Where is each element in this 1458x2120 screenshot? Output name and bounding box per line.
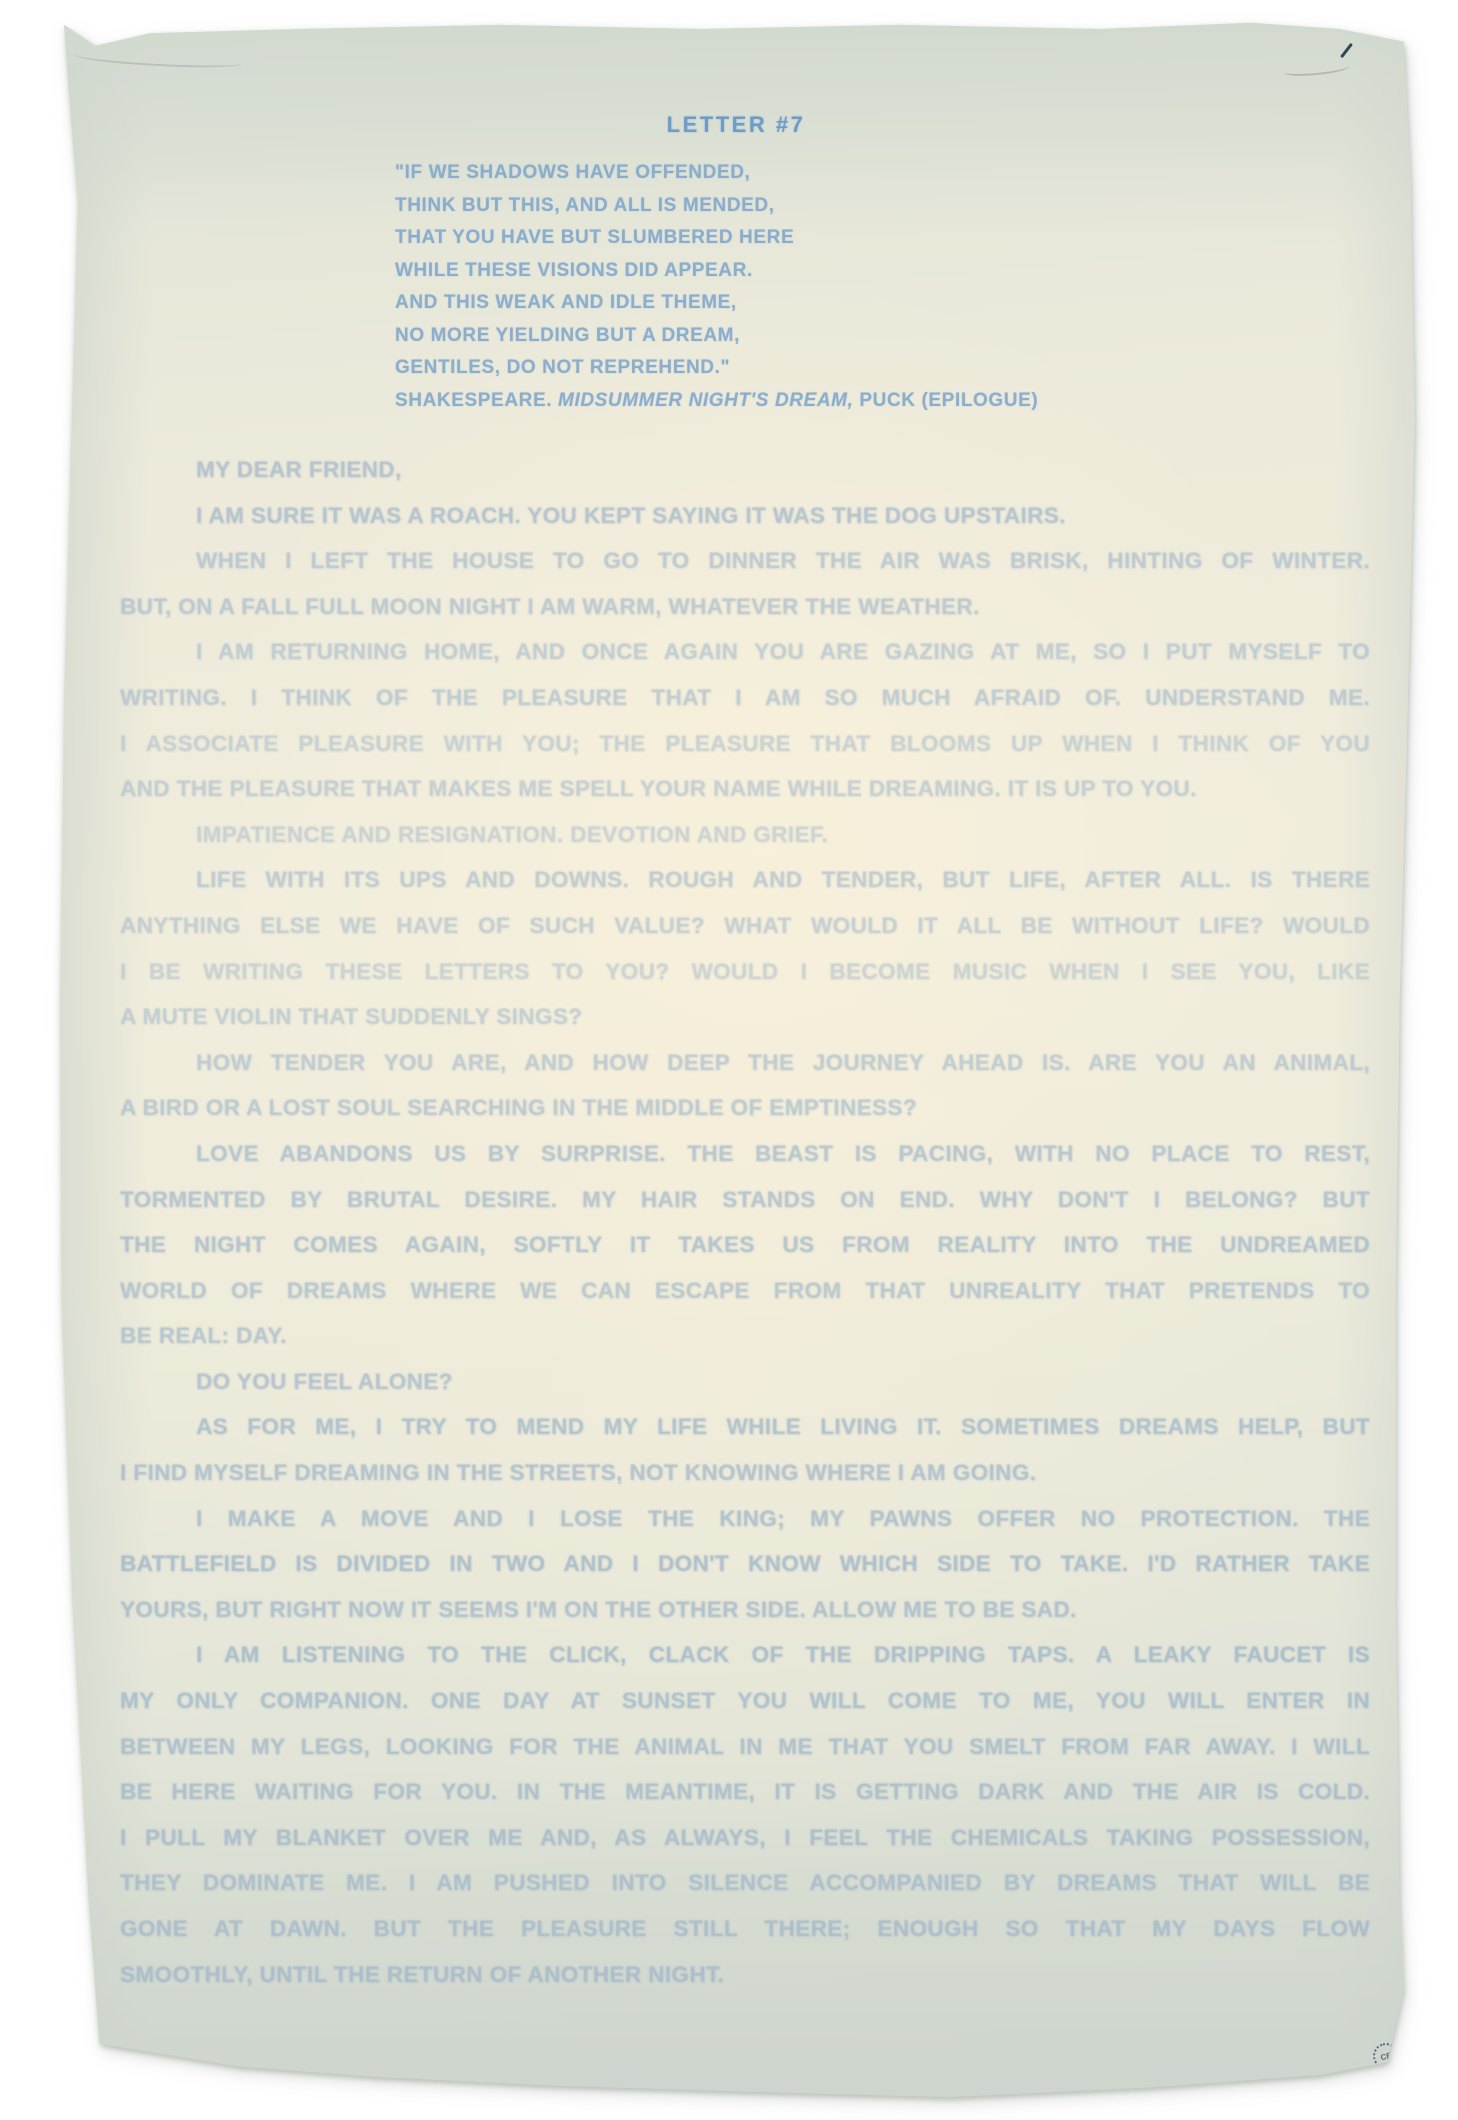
letter-line: DO YOU FEEL ALONE? <box>120 1359 1370 1405</box>
letter-line: AND THE PLEASURE THAT MAKES ME SPELL YOU… <box>120 766 1370 812</box>
letter-line: A MUTE VIOLIN THAT SUDDENLY SINGS? <box>120 994 1370 1040</box>
letter-line: I BE WRITING THESE LETTERS TO YOU? WOULD… <box>120 949 1370 995</box>
letter-line: SMOOTHLY, UNTIL THE RETURN OF ANOTHER NI… <box>120 1952 1370 1998</box>
letter-line: I AM SURE IT WAS A ROACH. YOU KEPT SAYIN… <box>120 493 1370 539</box>
epigraph-quote-lines: "IF WE SHADOWS HAVE OFFENDED,THINK BUT T… <box>395 157 1175 385</box>
quote-line: NO MORE YIELDING BUT A DREAM, <box>395 320 1175 353</box>
attribution-character: PUCK (EPILOGUE) <box>853 390 1038 411</box>
paper-scratch <box>1284 61 1351 78</box>
letter-line: I FIND MYSELF DREAMING IN THE STREETS, N… <box>120 1450 1370 1496</box>
paper-crease <box>74 48 243 71</box>
letter-line: BATTLEFIELD IS DIVIDED IN TWO AND I DON'… <box>120 1541 1370 1587</box>
letter-line: LOVE ABANDONS US BY SURPRISE. THE BEAST … <box>120 1131 1370 1177</box>
letter-line: MY DEAR FRIEND, <box>120 447 1370 493</box>
attribution-work-title: MIDSUMMER NIGHT'S DREAM, <box>558 390 853 411</box>
letter-line: I ASSOCIATE PLEASURE WITH YOU; THE PLEAS… <box>120 721 1370 767</box>
letter-line: GONE AT DAWN. BUT THE PLEASURE STILL THE… <box>120 1906 1370 1952</box>
paper-seal-stamp-icon: CE <box>1370 2040 1402 2072</box>
letter-line: HOW TENDER YOU ARE, AND HOW DEEP THE JOU… <box>120 1040 1370 1086</box>
letter-line: I PULL MY BLANKET OVER ME AND, AS ALWAYS… <box>120 1815 1370 1861</box>
letter-line: BE REAL: DAY. <box>120 1313 1370 1359</box>
quote-line: GENTILES, DO NOT REPREHEND." <box>395 352 1175 385</box>
quote-line: AND THIS WEAK AND IDLE THEME, <box>395 287 1175 320</box>
paper-shadow-wrap: LETTER #7 "IF WE SHADOWS HAVE OFFENDED,T… <box>0 0 1458 2120</box>
seal-text: CE <box>1379 2050 1392 2062</box>
letter-line: I AM RETURNING HOME, AND ONCE AGAIN YOU … <box>120 629 1370 675</box>
letter-line: BETWEEN MY LEGS, LOOKING FOR THE ANIMAL … <box>120 1724 1370 1770</box>
letter-line: IMPATIENCE AND RESIGNATION. DEVOTION AND… <box>120 812 1370 858</box>
letter-line: WORLD OF DREAMS WHERE WE CAN ESCAPE FROM… <box>120 1268 1370 1314</box>
epigraph-block: "IF WE SHADOWS HAVE OFFENDED,THINK BUT T… <box>395 157 1175 417</box>
letter-line: TORMENTED BY BRUTAL DESIRE. MY HAIR STAN… <box>120 1177 1370 1223</box>
letter-line: WRITING. I THINK OF THE PLEASURE THAT I … <box>120 675 1370 721</box>
letter-line: BE HERE WAITING FOR YOU. IN THE MEANTIME… <box>120 1769 1370 1815</box>
letter-line: THE NIGHT COMES AGAIN, SOFTLY IT TAKES U… <box>120 1222 1370 1268</box>
photo-background: LETTER #7 "IF WE SHADOWS HAVE OFFENDED,T… <box>0 0 1458 2120</box>
letter-line: I MAKE A MOVE AND I LOSE THE KING; MY PA… <box>120 1496 1370 1542</box>
letter-line: WHEN I LEFT THE HOUSE TO GO TO DINNER TH… <box>120 538 1370 584</box>
letter-line: ANYTHING ELSE WE HAVE OF SUCH VALUE? WHA… <box>120 903 1370 949</box>
quote-line: "IF WE SHADOWS HAVE OFFENDED, <box>395 157 1175 190</box>
quote-attribution: SHAKESPEARE. MIDSUMMER NIGHT'S DREAM, PU… <box>395 385 1175 418</box>
letter-body: MY DEAR FRIEND,I AM SURE IT WAS A ROACH.… <box>120 447 1370 1997</box>
quote-line: THINK BUT THIS, AND ALL IS MENDED, <box>395 190 1175 223</box>
letter-line: THEY DOMINATE ME. I AM PUSHED INTO SILEN… <box>120 1860 1370 1906</box>
letter-paper: LETTER #7 "IF WE SHADOWS HAVE OFFENDED,T… <box>56 6 1416 2098</box>
pin-mark-right-icon <box>1340 43 1353 58</box>
attribution-author: SHAKESPEARE. <box>395 390 558 411</box>
quote-line: WHILE THESE VISIONS DID APPEAR. <box>395 255 1175 288</box>
letter-line: YOURS, BUT RIGHT NOW IT SEEMS I'M ON THE… <box>120 1587 1370 1633</box>
quote-line: THAT YOU HAVE BUT SLUMBERED HERE <box>395 222 1175 255</box>
letter-line: A BIRD OR A LOST SOUL SEARCHING IN THE M… <box>120 1085 1370 1131</box>
letter-line: AS FOR ME, I TRY TO MEND MY LIFE WHILE L… <box>120 1404 1370 1450</box>
letter-line: MY ONLY COMPANION. ONE DAY AT SUNSET YOU… <box>120 1678 1370 1724</box>
letter-line: LIFE WITH ITS UPS AND DOWNS. ROUGH AND T… <box>120 857 1370 903</box>
pin-mark-left-icon <box>95 22 99 39</box>
letter-line: BUT, ON A FALL FULL MOON NIGHT I AM WARM… <box>120 584 1370 630</box>
letter-line: I AM LISTENING TO THE CLICK, CLACK OF TH… <box>120 1632 1370 1678</box>
letter-title: LETTER #7 <box>56 112 1416 138</box>
